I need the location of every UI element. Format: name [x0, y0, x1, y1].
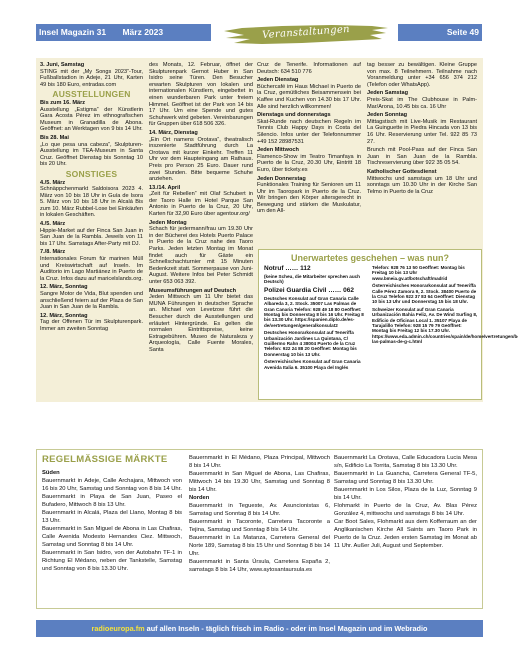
event-title: Jeden Mittwoch — [257, 147, 361, 154]
contact-entry: Telefon: 928 76 13 50 Geöffnet: Montag b… — [372, 265, 478, 281]
events-column-1: 3. Juni, SamstagSTING mit der „My Songs … — [40, 62, 143, 335]
event-title: 13./14. April — [149, 185, 253, 192]
contact-entry: Deutsches Konsulat auf Gran Canaria Call… — [264, 296, 367, 328]
event-title: 12. März, Sonntag — [40, 284, 143, 291]
event-text: Funktionales Training für Senioren um 11… — [257, 182, 361, 214]
section-heading-misc: SONSTIGES — [40, 171, 143, 178]
event-title: Jeden Dienstag — [257, 77, 361, 84]
market-entry: Bauernmarkt in Adeje, Calle Archajara, M… — [42, 477, 182, 493]
event-text: Preis-Skat im The Clubhouse in Palm-Mar/… — [367, 97, 477, 110]
market-entry: Bauernmarkt in Santa Úrsula, Carretera E… — [189, 558, 330, 574]
market-entry: Bauernmarkt in San Miguel de Abona in La… — [42, 525, 182, 549]
market-entry: Bauernmarkt in Los Silos, Plaza de la Lu… — [334, 486, 477, 502]
event-title: 3. Juni, Samstag — [40, 62, 143, 69]
event-title: Dienstags und donnerstags — [257, 112, 361, 119]
event-text: Flamenco-Show im Teatro Timanfaya in Pue… — [257, 154, 361, 173]
market-entry: Bauernmarkt in Tegueste, Av. Asuncionist… — [189, 502, 330, 518]
event-text: „Ein Ort namens Orotava“, theatralisch i… — [149, 137, 253, 183]
event-text: „Lo que pesa una cabeza“, Skulpturen-Aus… — [40, 142, 143, 168]
event-title: 7./8. März — [40, 249, 143, 256]
section-banner: Veranstaltungen — [222, 24, 390, 44]
market-entry: Bauernmarkt in Alcalá, Plaza del Llano, … — [42, 509, 182, 525]
contact-entry: Österreichisches Honorarkonsulat auf Ten… — [372, 283, 478, 305]
market-entry: Bauernmarkt in Playa de San Juan, Paseo … — [42, 493, 182, 509]
events-column-3: Cruz de Tenerife. Informationen auf Deut… — [257, 62, 361, 217]
event-title: Jeden Montag — [149, 220, 253, 227]
footer-tagline: auf allen Inseln - täglich frisch im Rad… — [145, 624, 428, 633]
event-title: Jeden Donnerstag — [257, 176, 361, 183]
region-label-south: Süden — [42, 469, 182, 477]
event-title: 4./5. März — [40, 180, 143, 187]
emergency-note: (keine Scheu, die Mitarbeiter sprechen a… — [264, 274, 367, 285]
radio-brand-link[interactable]: radioeuropa.fm — [92, 624, 145, 633]
event-text: Hippie-Market auf der Finca San Juan in … — [40, 228, 143, 247]
event-title: Museumsführungen auf Deutsch — [149, 288, 253, 295]
market-entry: Bauernmarkt in San Miguel de Abona, Las … — [189, 470, 330, 494]
market-entry: Bauernmarkt in Tacoronte, Carretera Taco… — [189, 518, 330, 534]
event-title: 4./5. März — [40, 221, 143, 228]
event-text: Sangre Motor de Vida, Blut spenden und a… — [40, 291, 143, 310]
markets-box: REGELMÄSSIGE MÄRKTE Süden Bauernmarkt in… — [36, 449, 483, 609]
markets-title: REGELMÄSSIGE MÄRKTE — [42, 454, 168, 465]
markets-column-2: Bauernmarkt in El Médano, Plaza Principa… — [189, 454, 330, 574]
event-text: Büchercafé im Haus Michael in Puerto de … — [257, 84, 361, 110]
event-title: Bis zum 16. März — [40, 100, 143, 107]
event-text: tag besser zu bewältigen. Kleine Gruppe … — [367, 62, 477, 88]
event-text: Brunch mit Pool-Pass auf der Finca San J… — [367, 147, 477, 166]
event-text: Schnäppchenmarkt Saldoisora 2023 4. März… — [40, 186, 143, 218]
footer-bar: radioeuropa.fm auf allen Inseln - täglic… — [36, 620, 483, 637]
region-label-north: Norden — [189, 494, 330, 502]
contact-entry: Österreichisches Konsulat auf Gran Canar… — [264, 359, 367, 370]
magazine-title: Insel Magazin 31 — [39, 27, 106, 37]
markets-column-3: Bauernmarkt La Orotava, Calle Educadora … — [334, 454, 477, 550]
event-text: Cruz de Tenerife. Informationen auf Deut… — [257, 62, 361, 75]
contact-entry: Deutsches Honorarkonsulat auf Teneriffa … — [264, 330, 367, 357]
page-number: Seite 49 — [398, 24, 482, 41]
emergency-column-left: Notruf …… 112 (keine Scheu, die Mitarbei… — [264, 265, 367, 372]
market-entry: Flohmarkt in Puerto de la Cruz, Av. Blas… — [334, 502, 477, 518]
event-text: Internationales Forum für marinen Müll u… — [40, 256, 143, 282]
event-title: 14. März, Dienstag — [149, 130, 253, 137]
event-text: Mittwochs und samstags um 18 Uhr und son… — [367, 176, 477, 195]
emergency-box-title: Unerwartetes geschehen – was nun? — [259, 253, 481, 263]
events-column-4: tag besser zu bewältigen. Kleine Gruppe … — [367, 62, 477, 197]
market-entry: Bauernmarkt in San Isidro, von der Autob… — [42, 549, 182, 573]
section-heading-exhibitions: AUSSTELLUNGEN — [40, 91, 143, 98]
emergency-number: Notruf …… 112 — [264, 265, 367, 272]
market-entry: Bauernmarkt in La Matanza, Carretera Gen… — [189, 534, 330, 558]
emergency-info-box: Unerwartetes geschehen – was nun? Notruf… — [258, 249, 482, 400]
event-title: 12. März, Sonntag — [40, 313, 143, 320]
event-title: Jeden Sonntag — [367, 112, 477, 119]
market-entry: Bauernmarkt in El Médano, Plaza Principa… — [189, 454, 330, 470]
event-title: Bis 28. Mai — [40, 135, 143, 142]
header-bar-left: Insel Magazin 31 März 2023 — [36, 24, 211, 41]
event-title: Jeden Samstag — [367, 90, 477, 97]
events-column-2: des Monats, 12. Februar, öffnet der Skul… — [149, 62, 253, 356]
issue-date: März 2023 — [122, 27, 163, 37]
market-entry: Car Boot Sales, Flohmarkt aus dem Koffer… — [334, 518, 477, 550]
event-text: Mittagstisch mit Live-Musik im Restauran… — [367, 119, 477, 145]
market-entry: Bauernmarkt La Orotava, Calle Educadora … — [334, 454, 477, 470]
emergency-column-right: Telefon: 928 76 13 50 Geöffnet: Montag b… — [372, 265, 478, 347]
contact-entry: Schweizer Konsulat auf Gran Canaria Urba… — [372, 307, 478, 345]
police-number: Polizei Guardia Civil …… 062 — [264, 287, 367, 294]
event-text: „Zeit für Rebellen“ mit Olaf Schubert in… — [149, 191, 253, 217]
event-text: Skat-Runde nach deutschen Regeln im Tenn… — [257, 119, 361, 145]
event-text: Ausstellung „Estigma“ der Künstlerin Gar… — [40, 107, 143, 133]
event-text: STING mit der „My Songs 2023“-Tour, Fußb… — [40, 69, 143, 88]
event-text: des Monats, 12. Februar, öffnet der Skul… — [149, 62, 253, 127]
event-text: Jeden Mittwoch um 11 Uhr bietet das MUNA… — [149, 294, 253, 353]
event-text: Tag der Offenen Tür im Skulpturenpark. I… — [40, 319, 143, 332]
market-entry: Bauernmarkt in La Guancha, Carretera Gen… — [334, 470, 477, 486]
event-title: Katholischer Gottesdienst — [367, 169, 477, 176]
markets-column-1: Süden Bauernmarkt in Adeje, Calle Archaj… — [42, 469, 182, 573]
event-text: Schach für jedermann/frau um 19.30 Uhr i… — [149, 226, 253, 285]
